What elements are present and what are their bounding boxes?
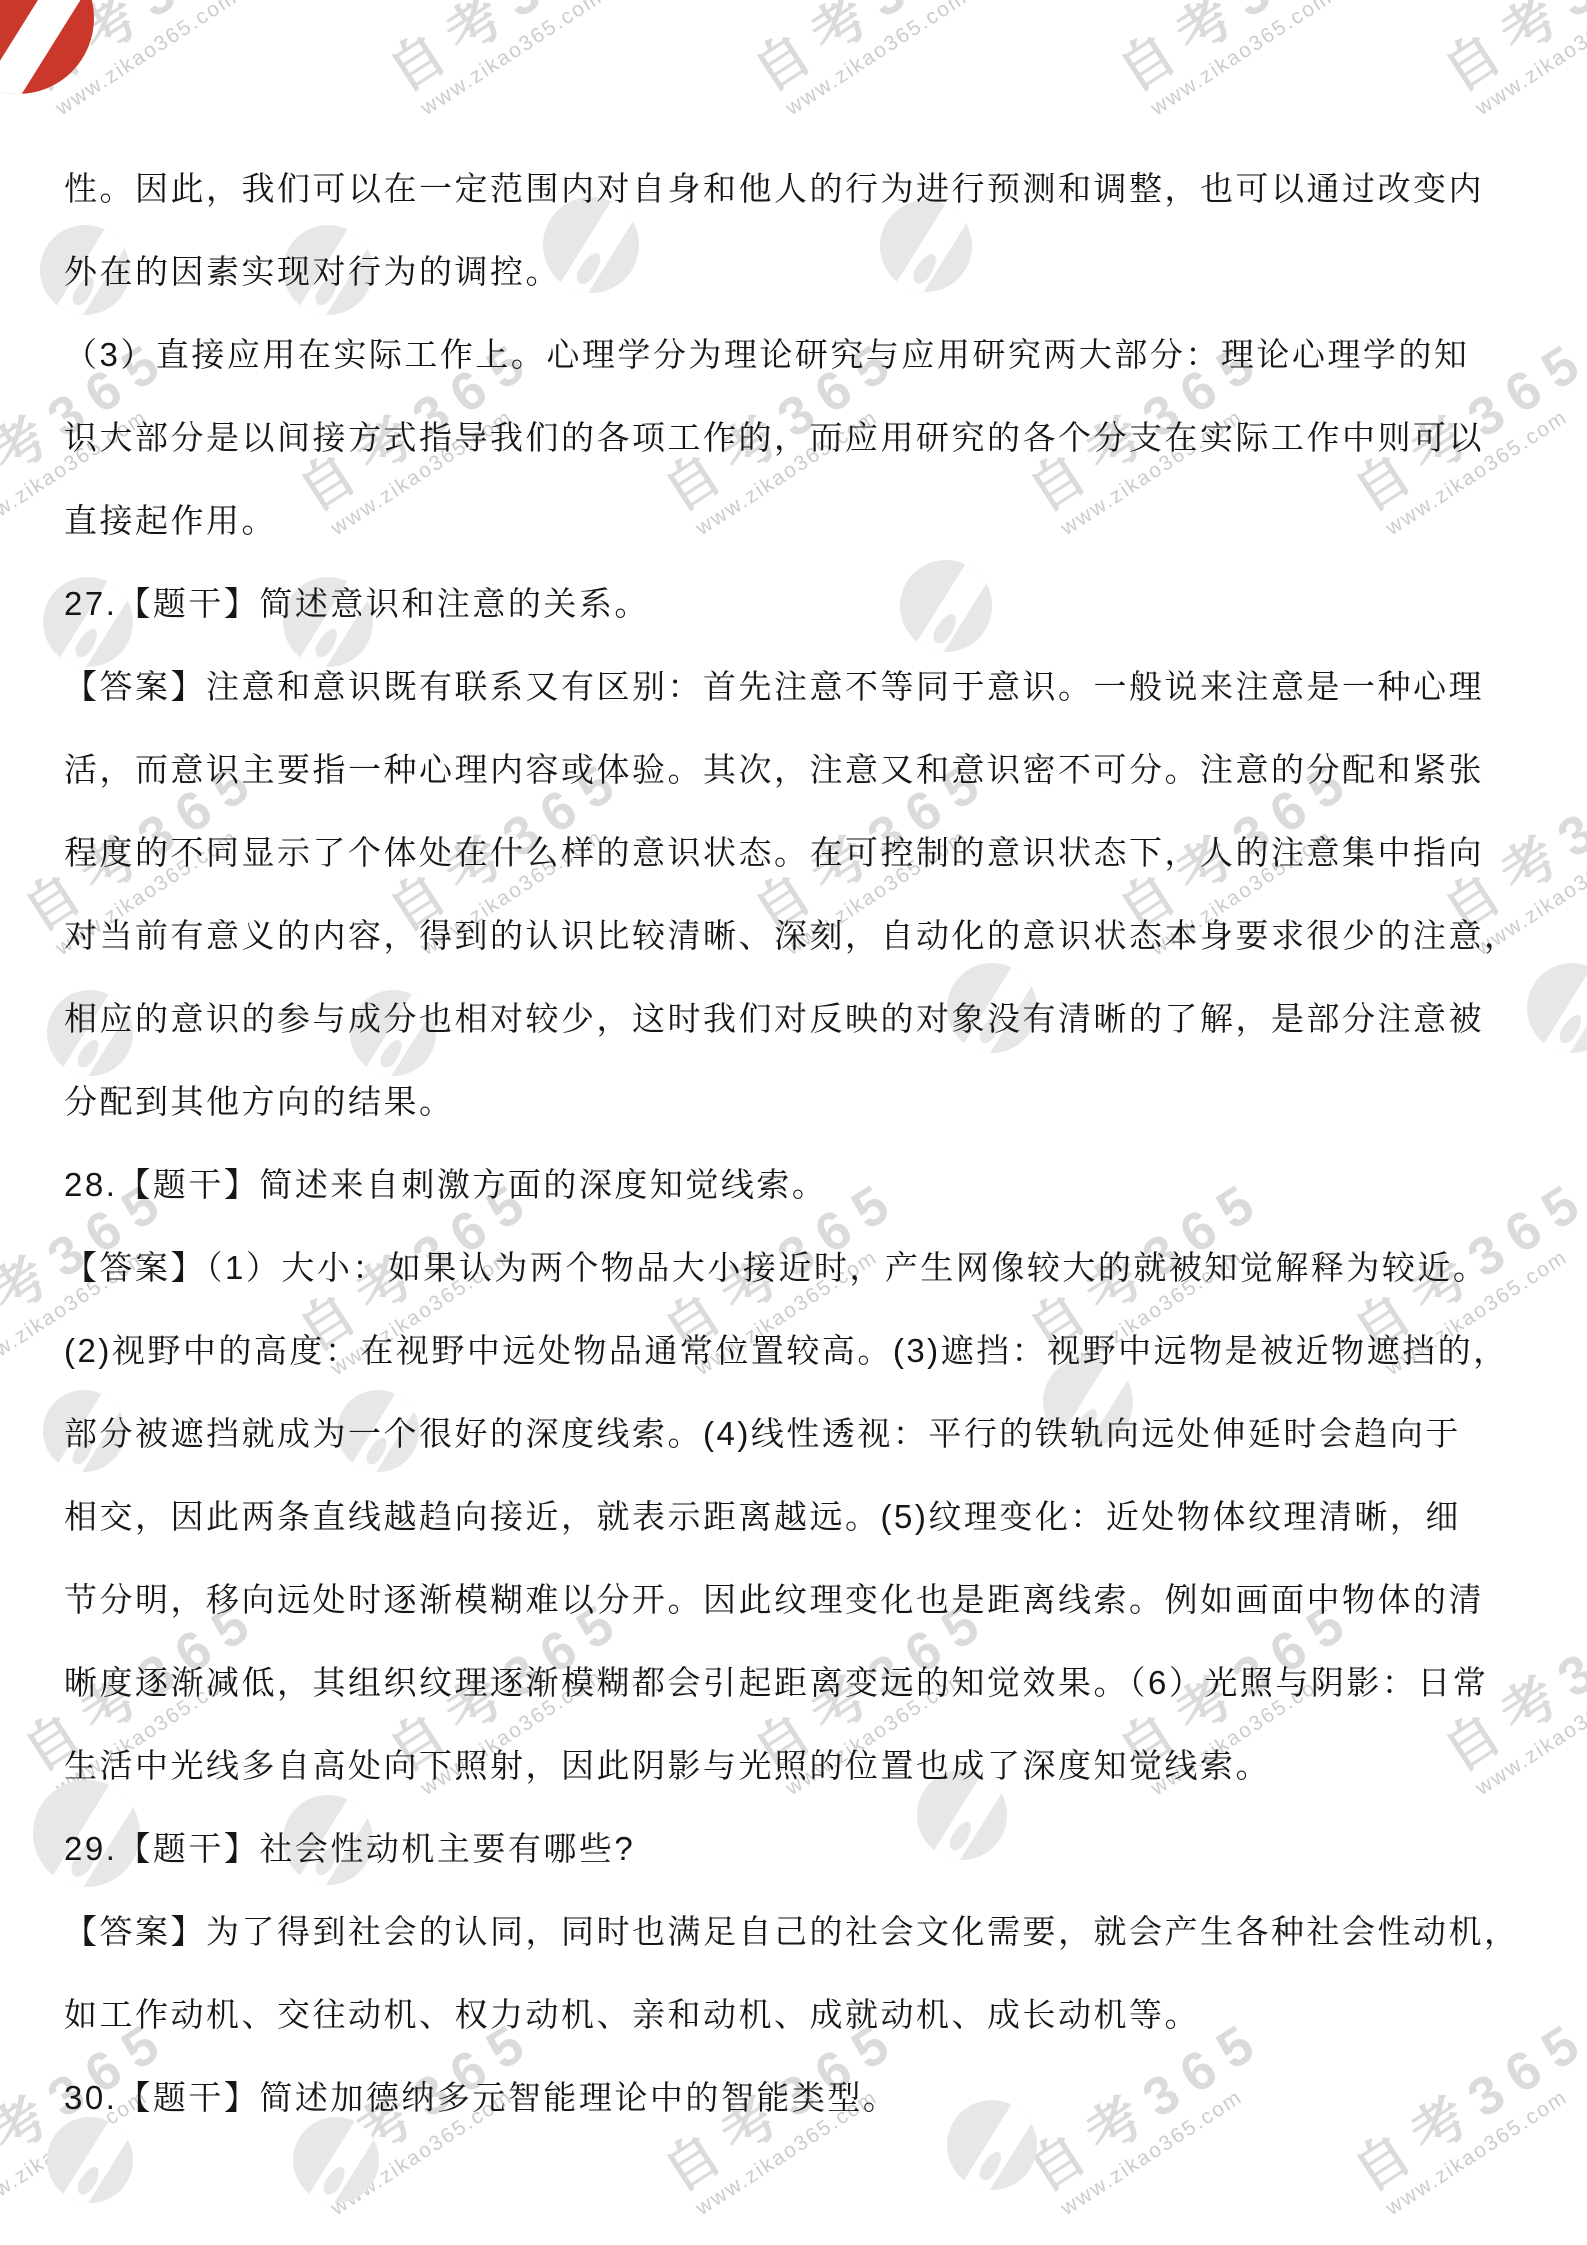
- text-line: 晰度逐渐减低，其组织纹理逐渐模糊都会引起距离变远的知觉效果。（6）光照与阴影：日…: [64, 1641, 1557, 1724]
- text-line: 27.【题干】简述意识和注意的关系。: [64, 562, 1557, 645]
- text-line: 生活中光线多自高处向下照射，因此阴影与光照的位置也成了深度知觉线索。: [64, 1724, 1557, 1807]
- text-line: 28.【题干】简述来自刺激方面的深度知觉线索。: [64, 1143, 1557, 1226]
- text-line: 【答案】注意和意识既有联系又有区别：首先注意不等同于意识。一般说来注意是一种心理: [64, 645, 1557, 728]
- text-line: 外在的因素实现对行为的调控。: [64, 230, 1557, 313]
- text-line: 【答案】（1）大小：如果认为两个物品大小接近时，产生网像较大的就被知觉解释为较近…: [64, 1226, 1557, 1309]
- text-line: 程度的不同显示了个体处在什么样的意识状态。在可控制的意识状态下，人的注意集中指向: [64, 811, 1557, 894]
- text-line: 对当前有意义的内容，得到的认识比较清晰、深刻，自动化的意识状态本身要求很少的注意…: [64, 894, 1557, 977]
- text-line: 如工作动机、交往动机、权力动机、亲和动机、成就动机、成长动机等。: [64, 1973, 1557, 2056]
- text-line: 活，而意识主要指一种心理内容或体验。其次，注意又和意识密不可分。注意的分配和紧张: [64, 728, 1557, 811]
- text-line: 【答案】为了得到社会的认同，同时也满足自己的社会文化需要，就会产生各种社会性动机…: [64, 1890, 1557, 1973]
- text-line: 30.【题干】简述加德纳多元智能理论中的智能类型。: [64, 2056, 1557, 2139]
- text-line: 相应的意识的参与成分也相对较少，这时我们对反映的对象没有清晰的了解，是部分注意被: [64, 977, 1557, 1060]
- text-line: 29.【题干】社会性动机主要有哪些?: [64, 1807, 1557, 1890]
- text-line: 部分被遮挡就成为一个很好的深度线索。(4)线性透视：平行的铁轨向远处伸延时会趋向…: [64, 1392, 1557, 1475]
- text-line: 节分明，移向远处时逐渐模糊难以分开。因此纹理变化也是距离线索。例如画面中物体的清: [64, 1558, 1557, 1641]
- text-line: 相交，因此两条直线越趋向接近，就表示距离越远。(5)纹理变化：近处物体纹理清晰，…: [64, 1475, 1557, 1558]
- text-line: 识大部分是以间接方式指导我们的各项工作的，而应用研究的各个分支在实际工作中则可以: [64, 396, 1557, 479]
- text-line: （3）直接应用在实际工作上。心理学分为理论研究与应用研究两大部分：理论心理学的知: [64, 313, 1557, 396]
- text-line: 分配到其他方向的结果。: [64, 1060, 1557, 1143]
- text-line: (2)视野中的高度：在视野中远处物品通常位置较高。(3)遮挡：视野中远物是被近物…: [64, 1309, 1557, 1392]
- text-line: 性。因此，我们可以在一定范围内对自身和他人的行为进行预测和调整，也可以通过改变内: [64, 147, 1557, 230]
- document-body: 性。因此，我们可以在一定范围内对自身和他人的行为进行预测和调整，也可以通过改变内…: [64, 147, 1557, 2139]
- document-page: 自考365www.zikao365.com自考365www.zikao365.c…: [0, 0, 1587, 2245]
- text-line: 直接起作用。: [64, 479, 1557, 562]
